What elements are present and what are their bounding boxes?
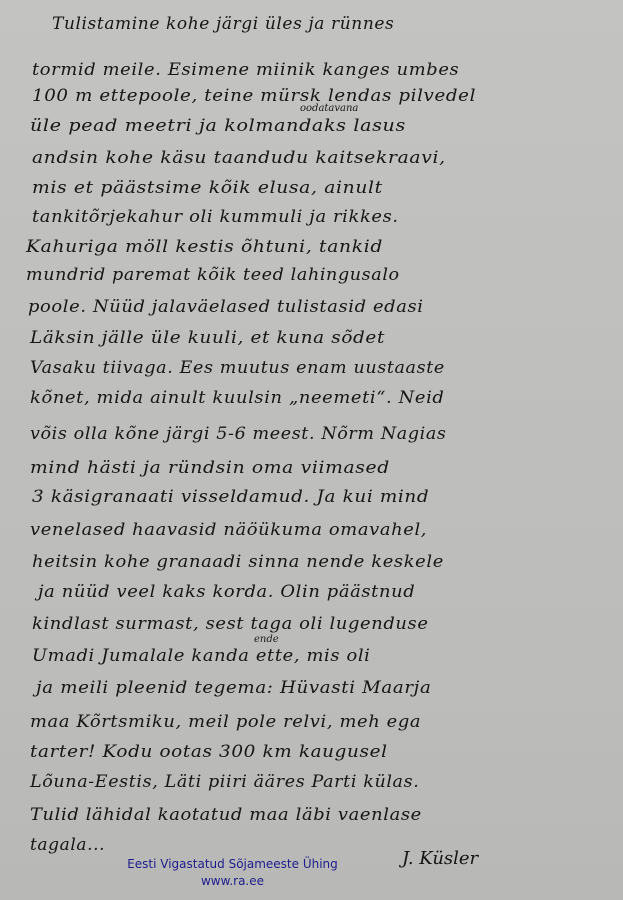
letter-line-19: ja nüüd veel kaks korda. Olin päästnud — [38, 582, 415, 602]
letter-line-27: tagala... — [30, 835, 105, 855]
letter-line-17: venelased haavasid näöükuma omavahel, — [30, 520, 427, 540]
letter-line-14: võis olla kõne järgi 5-6 meest. Nõrm Nag… — [30, 424, 447, 444]
letter-line-11: Läksin jälle üle kuuli, et kuna sõdet — [30, 328, 385, 348]
letter-line-15: mind hästi ja ründsin oma viimased — [30, 458, 390, 478]
letter-line-21: Umadi Jumalale kanda ette, mis oli — [32, 646, 371, 666]
letter-line-23: maa Kõrtsmiku, meil pole relvi, meh ega — [30, 712, 421, 732]
letter-line-8: Kahuriga möll kestis õhtuni, tankid — [26, 237, 383, 257]
letter-line-13: kõnet, mida ainult kuulsin „neemeti“. Ne… — [30, 388, 444, 408]
letter-line-2: tormid meile. Esimene miinik kanges umbe… — [32, 60, 459, 80]
letter-line-6: mis et päästsime kõik elusa, ainult — [32, 178, 383, 198]
letter-line-24: tarter! Kodu ootas 300 km kaugusel — [30, 742, 388, 762]
letter-line-5: andsin kohe käsu taandudu kaitsekraavi, — [32, 148, 446, 168]
credit-organization: Eesti Vigastatud Sõjameeste Ühing — [100, 857, 365, 871]
line-insert-oodatavana: oodatavana — [300, 103, 358, 114]
letter-line-12: Vasaku tiivaga. Ees muutus enam uustaast… — [30, 358, 445, 378]
letter-line-1: Tulistamine kohe järgi üles ja rünnes — [52, 14, 394, 34]
letter-page: Tulistamine kohe järgi üles ja rünnes to… — [0, 0, 623, 900]
letter-line-4: üle pead meetri ja kolmandaks lasus — [30, 116, 406, 136]
letter-line-10: poole. Nüüd jalaväelased tulistasid edas… — [28, 297, 424, 317]
letter-line-25: Lõuna-Eestis, Läti piiri ääres Parti kül… — [30, 772, 419, 792]
letter-line-22: ja meili pleenid tegema: Hüvasti Maarja — [36, 678, 431, 698]
letter-line-3: 100 m ettepoole, teine mürsk lendas pilv… — [32, 86, 476, 106]
letter-line-18: heitsin kohe granaadi sinna nende keskel… — [32, 552, 444, 572]
letter-line-16: 3 käsigranaati visseldamud. Ja kui mind — [32, 487, 429, 507]
line-insert-ende: ende — [254, 634, 279, 645]
credit-website: www.ra.ee — [100, 874, 365, 888]
letter-line-9: mundrid paremat kõik teed lahingusalo — [26, 265, 400, 285]
letter-line-7: tankitõrjekahur oli kummuli ja rikkes. — [32, 207, 399, 227]
letter-line-26: Tulid lähidal kaotatud maa läbi vaenlase — [30, 805, 422, 825]
letter-line-20: kindlast surmast, sest taga oli lugendus… — [32, 614, 429, 634]
author-signature: J. Küsler — [402, 848, 478, 869]
